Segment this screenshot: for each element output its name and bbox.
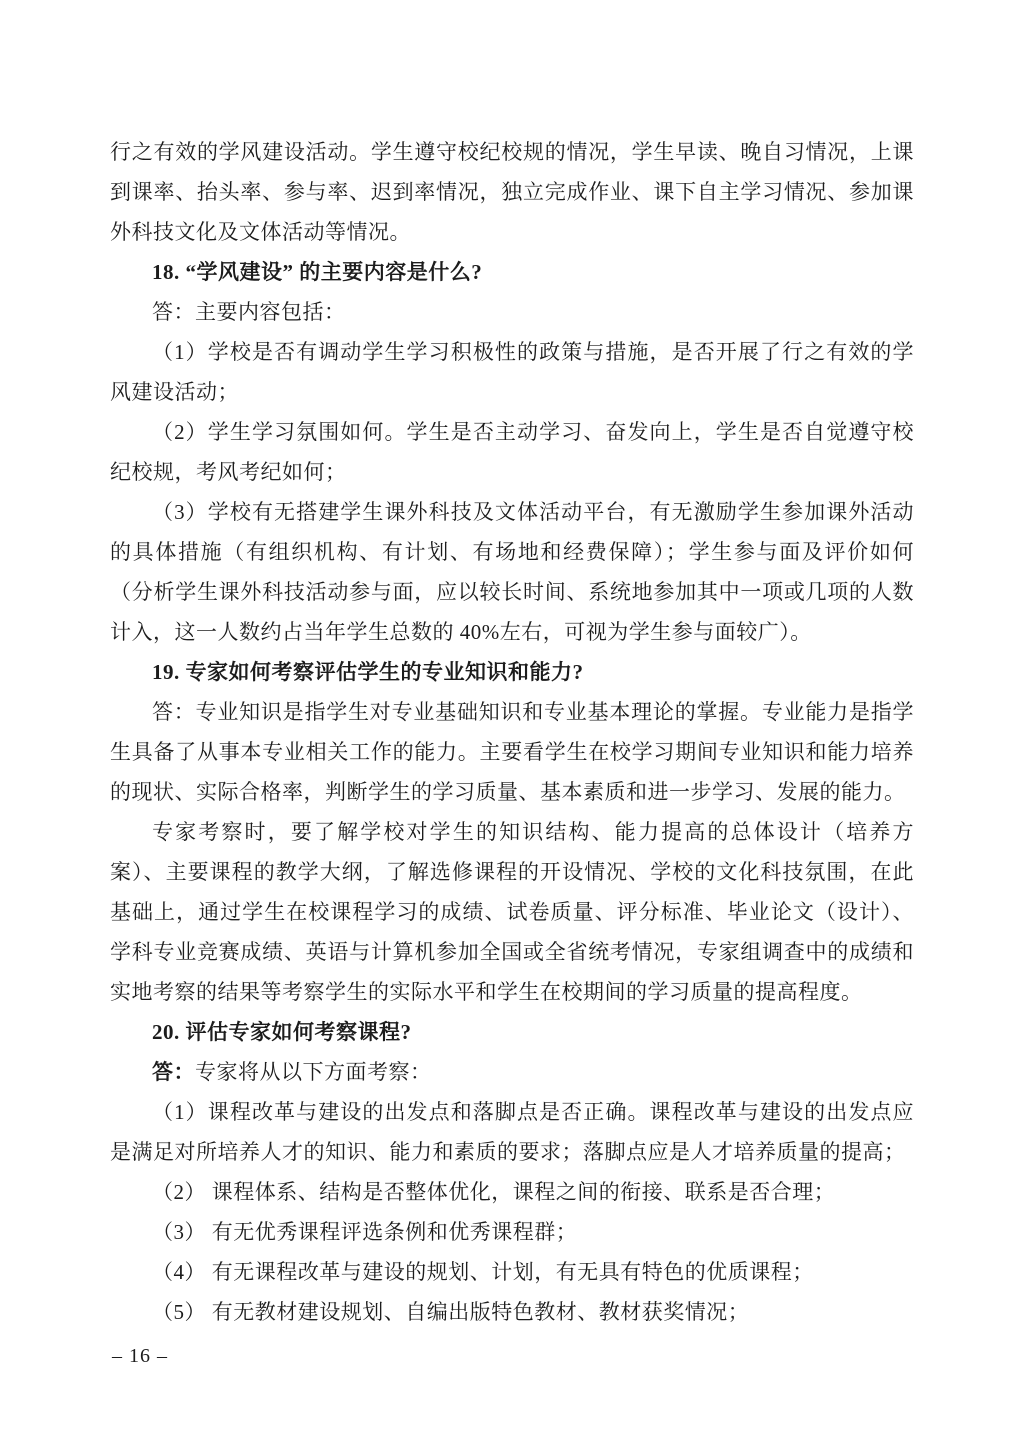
document-page: 行之有效的学风建设活动。学生遵守校纪校规的情况，学生早读、晚自习情况，上课到课率… [0,0,1024,1447]
paragraph: 答：专家将从以下方面考察： [110,1052,914,1092]
paragraph: （1）学校是否有调动学生学习积极性的政策与措施，是否开展了行之有效的学风建设活动… [110,332,914,412]
paragraph: 答：专业知识是指学生对专业基础知识和专业基本理论的掌握。专业能力是指学生具备了从… [110,692,914,812]
question-heading: 20. 评估专家如何考察课程? [110,1012,914,1052]
question-heading: 19. 专家如何考察评估学生的专业知识和能力? [110,652,914,692]
paragraph: （2）学生学习氛围如何。学生是否主动学习、奋发向上，学生是否自觉遵守校纪校规，考… [110,412,914,492]
paragraph: （3） 有无优秀课程评选条例和优秀课程群； [110,1212,914,1252]
paragraph: （3）学校有无搭建学生课外科技及文体活动平台，有无激励学生参加课外活动的具体措施… [110,492,914,652]
paragraph: 专家考察时，要了解学校对学生的知识结构、能力提高的总体设计（培养方案）、主要课程… [110,812,914,1012]
answer-prefix: 答： [152,1060,195,1084]
paragraph: （1）课程改革与建设的出发点和落脚点是否正确。课程改革与建设的出发点应是满足对所… [110,1092,914,1172]
paragraph: 答：主要内容包括： [110,292,914,332]
paragraph: （5） 有无教材建设规划、自编出版特色教材、教材获奖情况； [110,1292,914,1332]
paragraph: （2） 课程体系、结构是否整体优化，课程之间的衔接、联系是否合理； [110,1172,914,1212]
page-number: – 16 – [112,1342,168,1370]
paragraph: （4） 有无课程改革与建设的规划、计划，有无具有特色的优质课程； [110,1252,914,1292]
document-body: 行之有效的学风建设活动。学生遵守校纪校规的情况，学生早读、晚自习情况，上课到课率… [110,132,914,1332]
paragraph: 行之有效的学风建设活动。学生遵守校纪校规的情况，学生早读、晚自习情况，上课到课率… [110,132,914,252]
question-heading: 18. “学风建设” 的主要内容是什么? [110,252,914,292]
